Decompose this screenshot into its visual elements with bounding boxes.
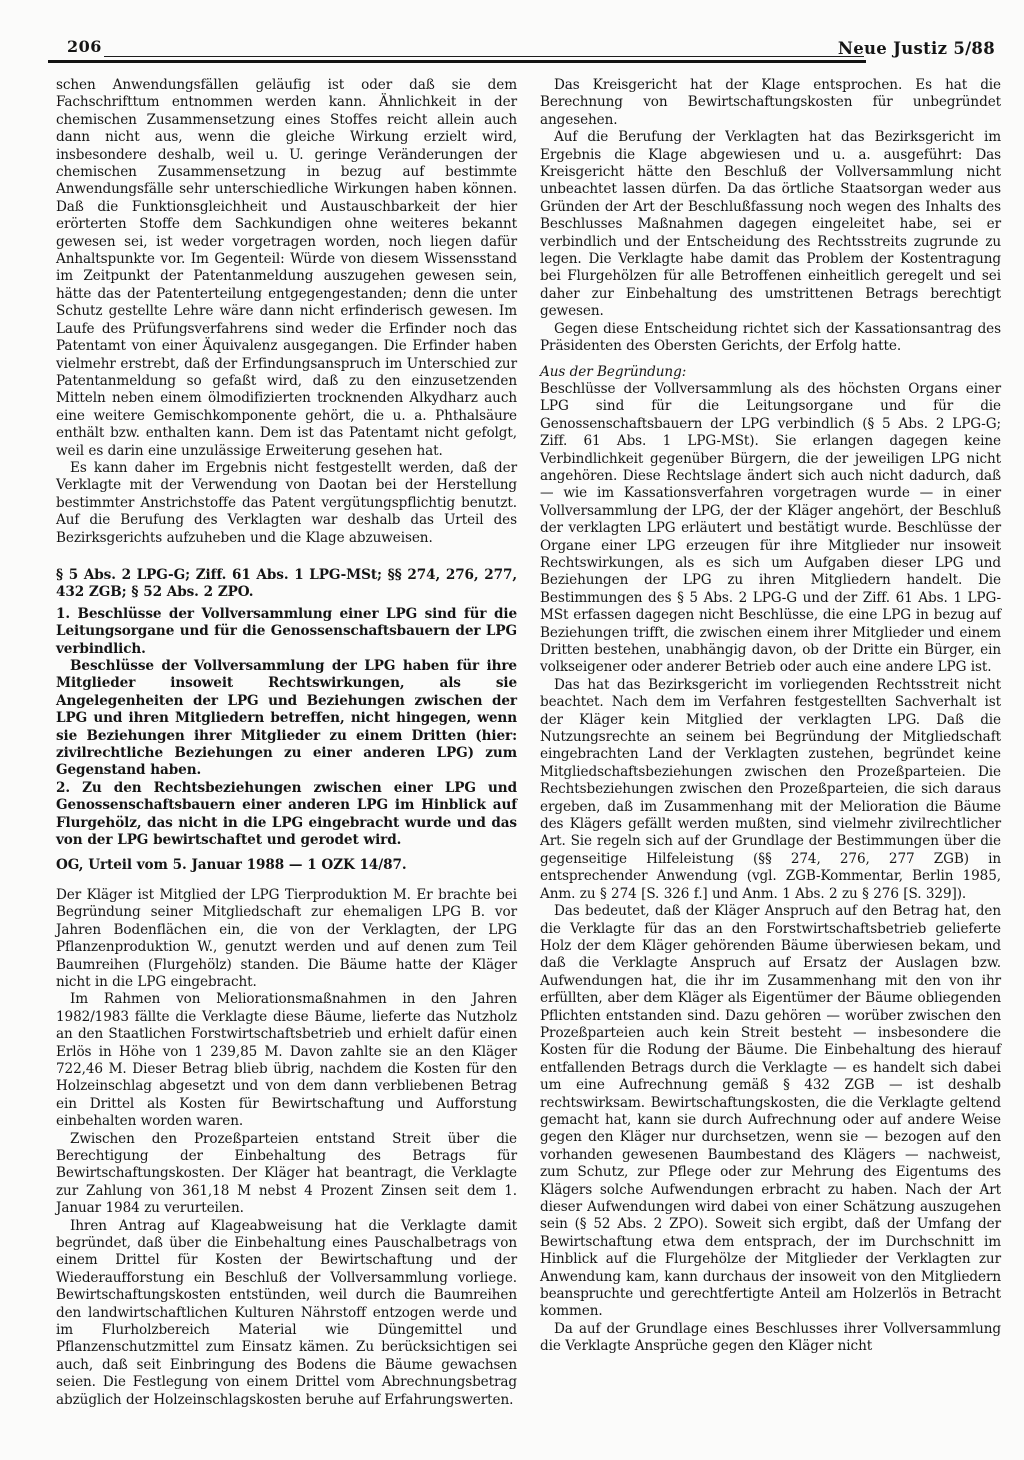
patent-case-conclusion-paragraph: Es kann daher im Ergebnis nicht festgest…: [56, 460, 517, 547]
reasons-paragraph-3: Das bedeutet, daß der Kläger Anspruch au…: [540, 903, 1001, 1321]
kreisgericht-ruling-paragraph: Das Kreisgericht hat der Klage entsproch…: [540, 77, 1001, 129]
facts-paragraph-2: Im Rahmen von Meliorationsmaßnahmen in d…: [56, 991, 517, 1130]
guiding-principle-2: 2. Zu den Rechtsbeziehungen zwischen ein…: [56, 780, 517, 850]
reasons-final-paragraph: Da auf der Grundlage eines Beschlusses i…: [540, 1321, 1001, 1356]
facts-paragraph-1: Der Kläger ist Mitglied der LPG Tierprod…: [56, 887, 517, 991]
kassation-paragraph: Gegen diese Entscheidung richtet sich de…: [540, 321, 1001, 356]
right-column: Das Kreisgericht hat der Klage entsproch…: [540, 77, 1001, 1356]
left-column: schen Anwendungsfällen geläufig ist oder…: [56, 77, 517, 1409]
reasons-heading: Aus der Begründung:: [540, 364, 1001, 381]
header-thin-rule: [104, 56, 864, 57]
facts-paragraph-3: Zwischen den Prozeßparteien entstand Str…: [56, 1131, 517, 1218]
journal-page: 206 Neue Justiz 5/88 schen Anwendungsfäl…: [0, 0, 1024, 1460]
facts-paragraph-4: Ihren Antrag auf Klageabweisung hat die …: [56, 1218, 517, 1409]
headnote-statutes: § 5 Abs. 2 LPG-G; Ziff. 61 Abs. 1 LPG-MS…: [56, 567, 517, 602]
header-rule: [48, 60, 866, 63]
guiding-principle-1: 1. Beschlüsse der Vollversammlung einer …: [56, 606, 517, 658]
page-number: 206: [67, 37, 102, 56]
guiding-principle-1-continued: Beschlüsse der Vollversammlung der LPG h…: [56, 658, 517, 780]
bezirksgericht-ruling-paragraph: Auf die Berufung der Verklagten hat das …: [540, 129, 1001, 320]
patent-case-continuation-paragraph: schen Anwendungsfällen geläufig ist oder…: [56, 77, 517, 460]
reasons-paragraph-1: Beschlüsse der Vollversammlung als des h…: [540, 381, 1001, 677]
reasons-paragraph-2: Das hat das Bezirksgericht im vorliegend…: [540, 677, 1001, 903]
case-citation-line: OG, Urteil vom 5. Januar 1988 — 1 OZK 14…: [56, 857, 517, 874]
